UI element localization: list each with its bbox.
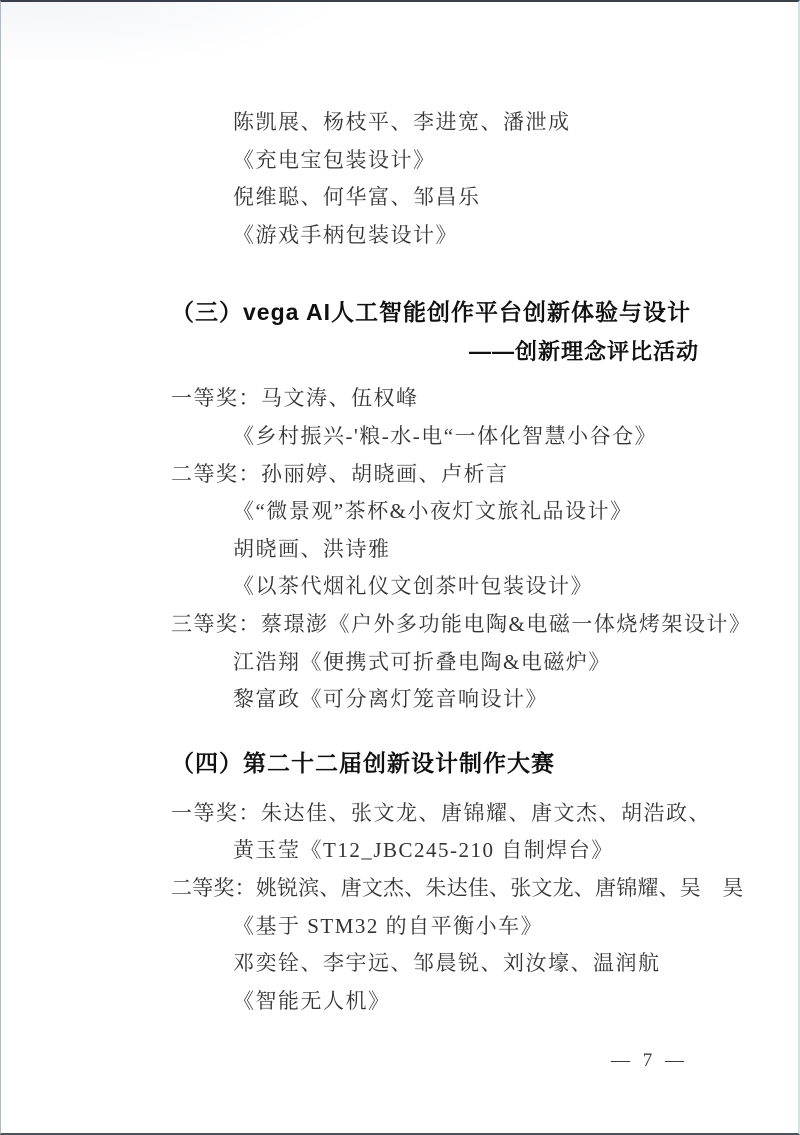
document-content: 陈凯展、杨枝平、李进宽、潘泄成 《充电宝包装设计》 倪维聪、何华富、邹昌乐 《游… — [171, 2, 711, 1020]
work-title-line: 《以茶代烟礼仪文创茶叶包装设计》 — [171, 568, 711, 606]
award-line: 二等奖：姚锐滨、唐文杰、朱达佳、张文龙、唐锦耀、吴 昊 — [171, 870, 711, 908]
award-names: 马文涛、伍权峰 — [261, 386, 419, 410]
award-names-line: 胡晓画、洪诗雅 — [171, 531, 711, 569]
award-names: 孙丽婷、胡晓画、卢析言 — [261, 462, 509, 486]
award-rank-label: 二等奖： — [171, 876, 256, 900]
section-4-heading: （四）第二十二届创新设计制作大赛 — [171, 747, 711, 779]
section-4-award-list: 一等奖：朱达佳、张文龙、唐锦耀、唐文杰、胡浩政、 黄玉莹《T12_JBC245-… — [171, 795, 711, 1021]
award-line: 一等奖：马文涛、伍权峰 — [171, 380, 711, 418]
award-names: 蔡璟澎《户外多功能电陶&电磁一体烧烤架设计》 — [261, 612, 751, 636]
work-title-line: 《游戏手柄包装设计》 — [171, 217, 711, 255]
award-entry-line: 黎富政《可分离灯笼音响设计》 — [171, 681, 711, 719]
work-title-line: 《基于 STM32 的自平衡小车》 — [171, 908, 711, 946]
award-names-line: 倪维聪、何华富、邹昌乐 — [171, 179, 711, 217]
award-line: 三等奖：蔡璟澎《户外多功能电陶&电磁一体烧烤架设计》 — [171, 606, 711, 644]
award-line: 一等奖：朱达佳、张文龙、唐锦耀、唐文杰、胡浩政、 — [171, 795, 711, 833]
award-names: 姚锐滨、唐文杰、朱达佳、张文龙、唐锦耀、吴 昊 — [256, 876, 744, 900]
award-entry-line: 江浩翔《便携式可折叠电陶&电磁炉》 — [171, 644, 711, 682]
award-rank-label: 一等奖： — [171, 801, 261, 825]
section-4: （四）第二十二届创新设计制作大赛 一等奖：朱达佳、张文龙、唐锦耀、唐文杰、胡浩政… — [171, 747, 711, 1021]
award-rank-label: 一等奖： — [171, 386, 261, 410]
work-title-line: 《乡村振兴-'粮-水-电“一体化智慧小谷仓》 — [171, 418, 711, 456]
award-names-line: 陈凯展、杨枝平、李进宽、潘泄成 — [171, 104, 711, 142]
award-names-line: 邓奕铨、李宇远、邹晨锐、刘汝壕、温润航 — [171, 945, 711, 983]
award-entry-line: 黄玉莹《T12_JBC245-210 自制焊台》 — [171, 832, 711, 870]
award-rank-label: 三等奖： — [171, 612, 261, 636]
work-title-line: 《智能无人机》 — [171, 983, 711, 1021]
section-3-award-list: 一等奖：马文涛、伍权峰 《乡村振兴-'粮-水-电“一体化智慧小谷仓》 二等奖：孙… — [171, 380, 711, 718]
work-title-line: 《“微景观”茶杯&小夜灯文旅礼品设计》 — [171, 493, 711, 531]
carryover-block: 陈凯展、杨枝平、李进宽、潘泄成 《充电宝包装设计》 倪维聪、何华富、邹昌乐 《游… — [171, 104, 711, 254]
section-3-subheading: ——创新理念评比活动 — [171, 336, 711, 368]
section-3: （三）vega AI人工智能创作平台创新体验与设计 ——创新理念评比活动 一等奖… — [171, 296, 711, 718]
work-title-line: 《充电宝包装设计》 — [171, 142, 711, 180]
scanned-document-page: 陈凯展、杨枝平、李进宽、潘泄成 《充电宝包装设计》 倪维聪、何华富、邹昌乐 《游… — [0, 0, 800, 1135]
award-line: 二等奖：孙丽婷、胡晓画、卢析言 — [171, 456, 711, 494]
section-3-heading: （三）vega AI人工智能创作平台创新体验与设计 — [171, 296, 711, 328]
award-rank-label: 二等奖： — [171, 462, 261, 486]
page-number: — 7 — — [611, 1050, 688, 1072]
award-names: 朱达佳、张文龙、唐锦耀、唐文杰、胡浩政、 — [261, 801, 711, 825]
